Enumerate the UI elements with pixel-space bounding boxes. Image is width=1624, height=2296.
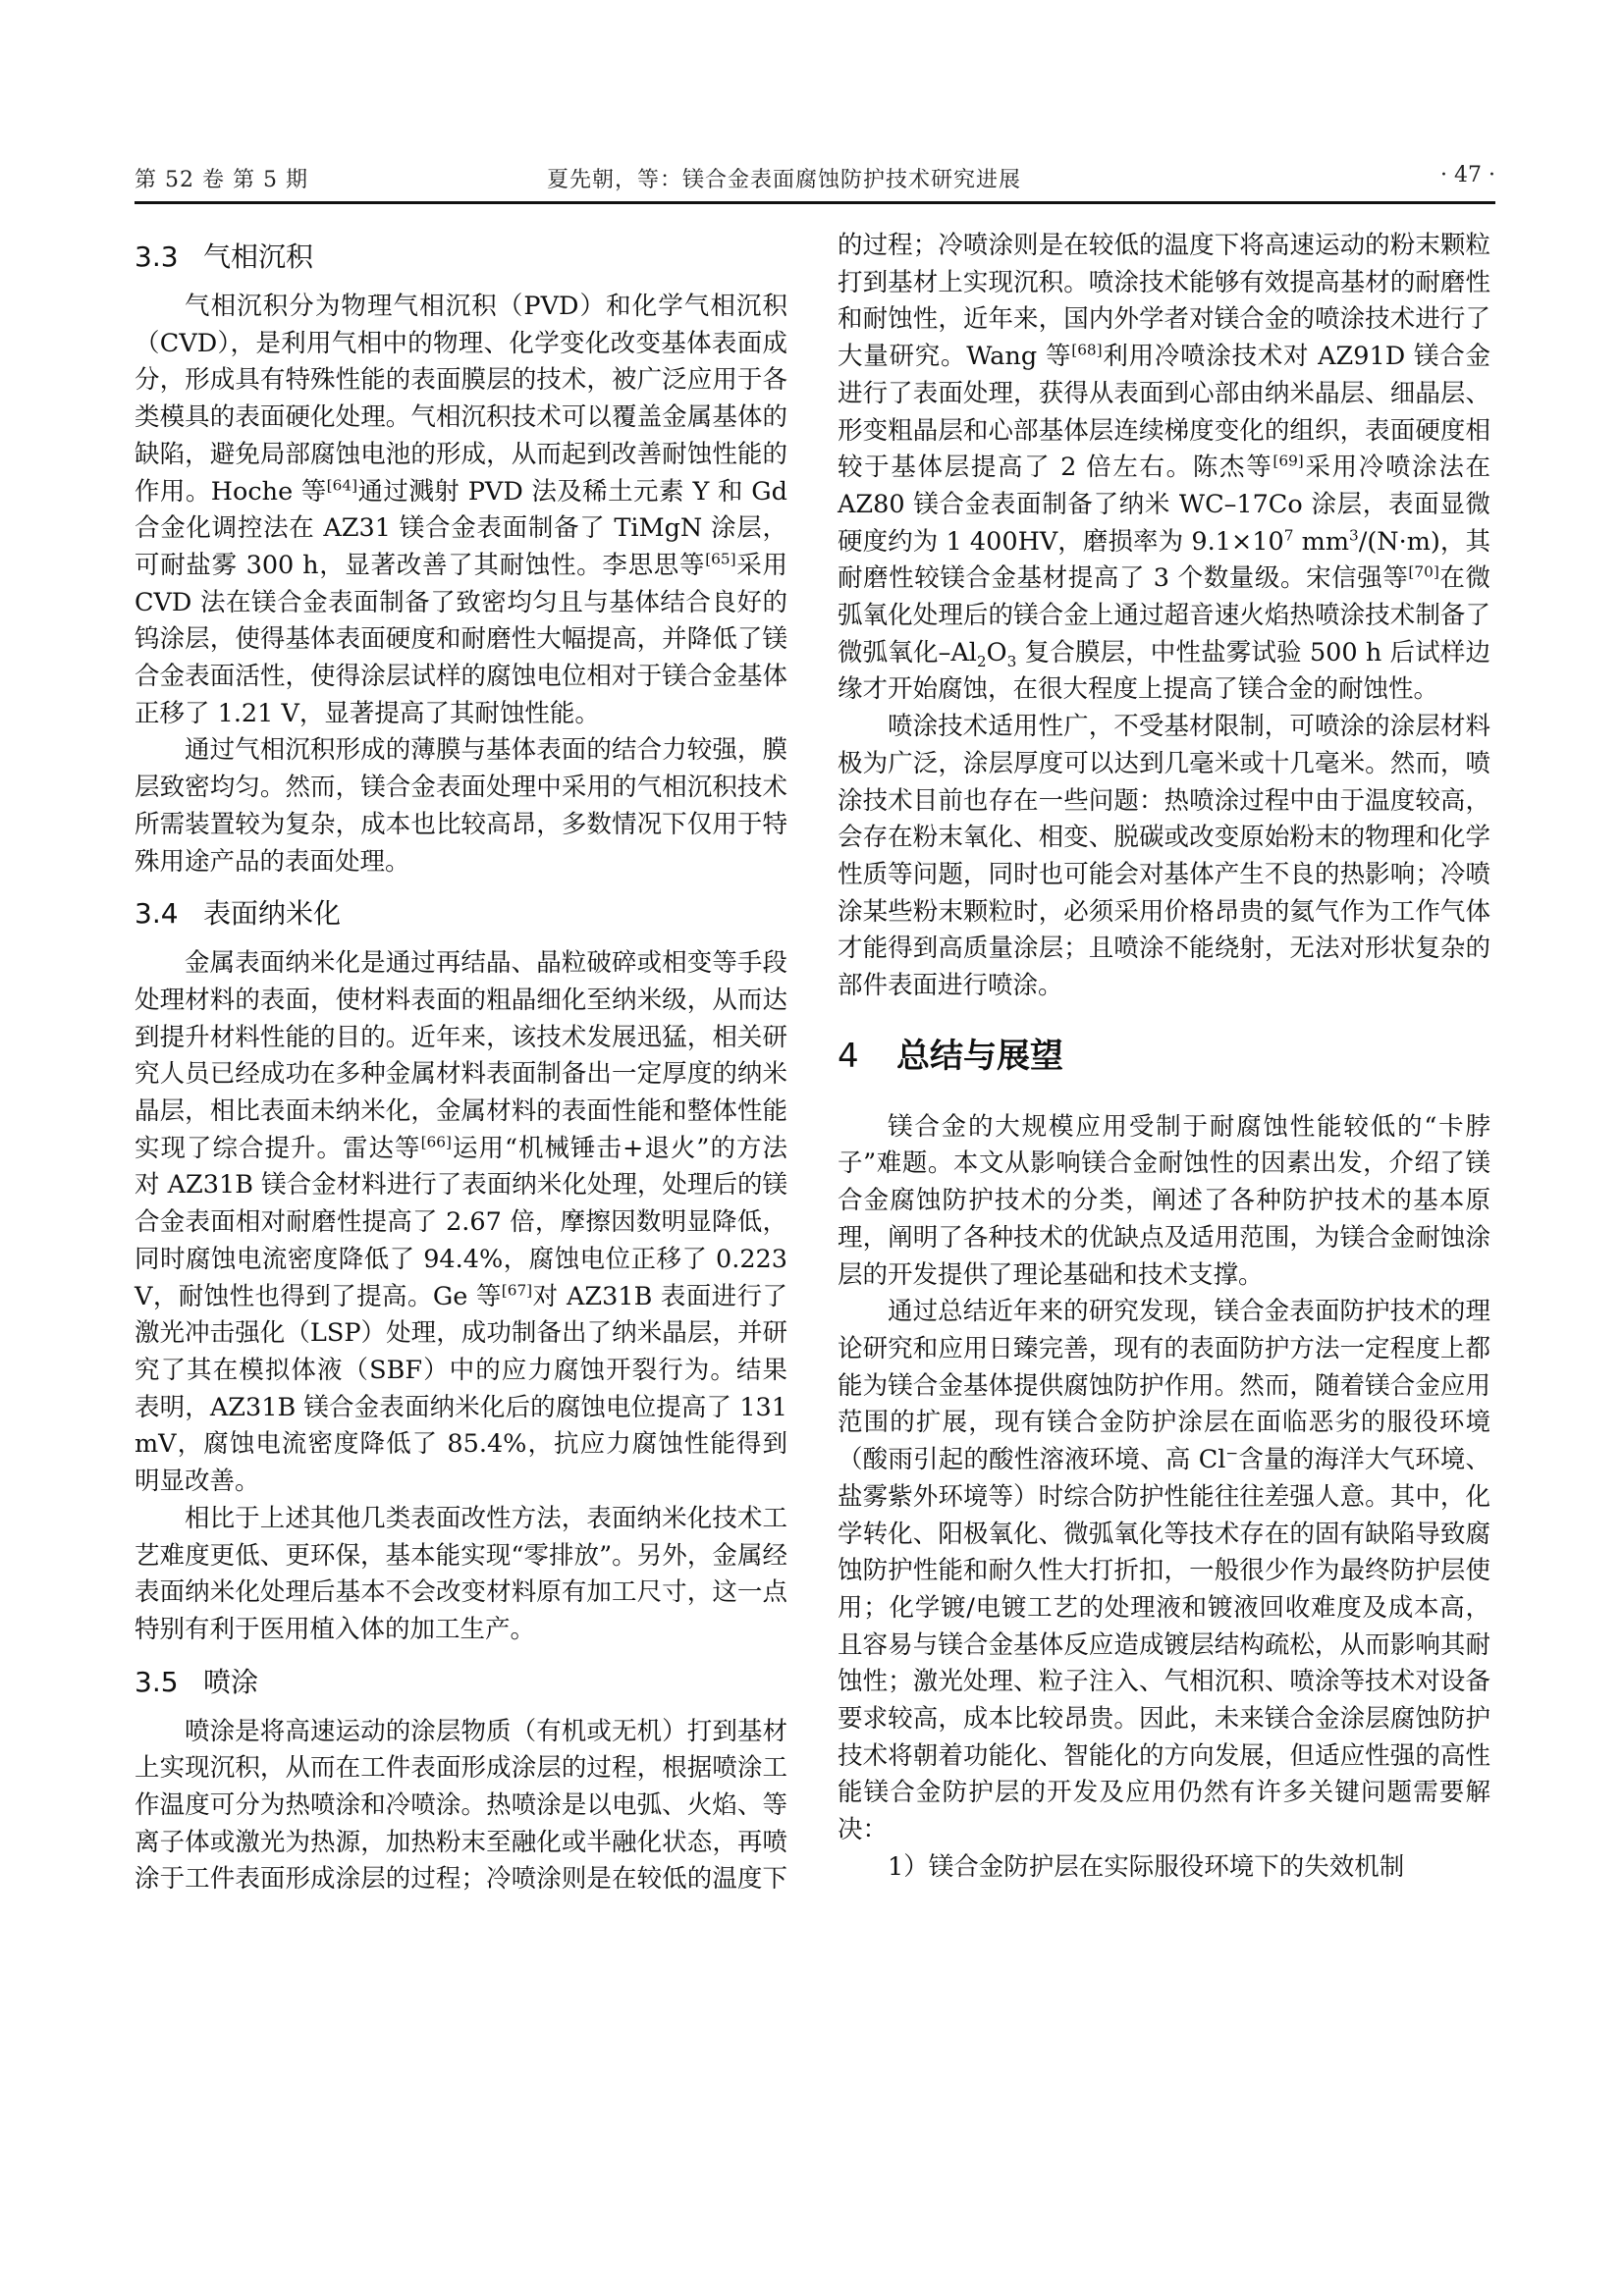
citation: [70] (1408, 563, 1438, 581)
paragraph: 喷涂技术适用性广，不受基材限制，可喷涂的涂层材料极为广泛，涂层厚度可以达到几毫米… (838, 709, 1490, 1005)
header-rule (135, 201, 1495, 204)
paragraph-continuation: 的过程；冷喷涂则是在较低的温度下将高速运动的粉末颗粒打到基材上实现沉积。喷涂技术… (838, 228, 1490, 709)
page-number: · 47 · (1440, 163, 1495, 187)
section-heading-3-3: 3.3气相沉积 (135, 238, 787, 277)
list-item: 1）镁合金防护层在实际服役环境下的失效机制 (838, 1849, 1490, 1887)
paragraph: 金属表面纳米化是通过再结晶、晶粒破碎或相变等手段处理材料的表面，使材料表面的粗晶… (135, 945, 787, 1501)
paragraph: 气相沉积分为物理气相沉积（PVD）和化学气相沉积（CVD），是利用气相中的物理、… (135, 289, 787, 732)
running-header: 第 52 卷 第 5 期 夏先朝，等：镁合金表面腐蚀防护技术研究进展 · 47 … (135, 157, 1495, 196)
paragraph: 通过总结近年来的研究发现，镁合金表面防护技术的理论研究和应用日臻完善，现有的表面… (838, 1294, 1490, 1849)
paragraph: 相比于上述其他几类表面改性方法，表面纳米化技术工艺难度更低、更环保，基本能实现“… (135, 1501, 787, 1649)
paragraph: 通过气相沉积形成的薄膜与基体表面的结合力较强，膜层致密均匀。然而，镁合金表面处理… (135, 732, 787, 881)
left-column: 3.3气相沉积 气相沉积分为物理气相沉积（PVD）和化学气相沉积（CVD），是利… (135, 228, 787, 1899)
section-heading-3-5: 3.5喷涂 (135, 1663, 787, 1702)
volume-issue: 第 52 卷 第 5 期 (135, 163, 308, 193)
citation: [64] (327, 476, 357, 494)
paragraph-continued: 喷涂是将高速运动的涂层物质（有机或无机）打到基材上实现沉积，从而在工件表面形成涂… (135, 1714, 787, 1899)
citation: [69] (1272, 453, 1303, 470)
citation: [67] (502, 1281, 532, 1299)
citation: [66] (421, 1133, 452, 1150)
citation: [65] (705, 550, 735, 567)
running-title: 夏先朝，等：镁合金表面腐蚀防护技术研究进展 (547, 163, 1021, 193)
section-heading-3-4: 3.4表面纳米化 (135, 894, 787, 934)
section-heading-4: 4总结与展望 (838, 1033, 1490, 1080)
citation: [68] (1071, 342, 1102, 359)
paragraph: 镁合金的大规模应用受制于耐腐蚀性能较低的“卡脖子”难题。本文从影响镁合金耐蚀性的… (838, 1109, 1490, 1295)
right-column: 的过程；冷喷涂则是在较低的温度下将高速运动的粉末颗粒打到基材上实现沉积。喷涂技术… (838, 228, 1490, 1887)
